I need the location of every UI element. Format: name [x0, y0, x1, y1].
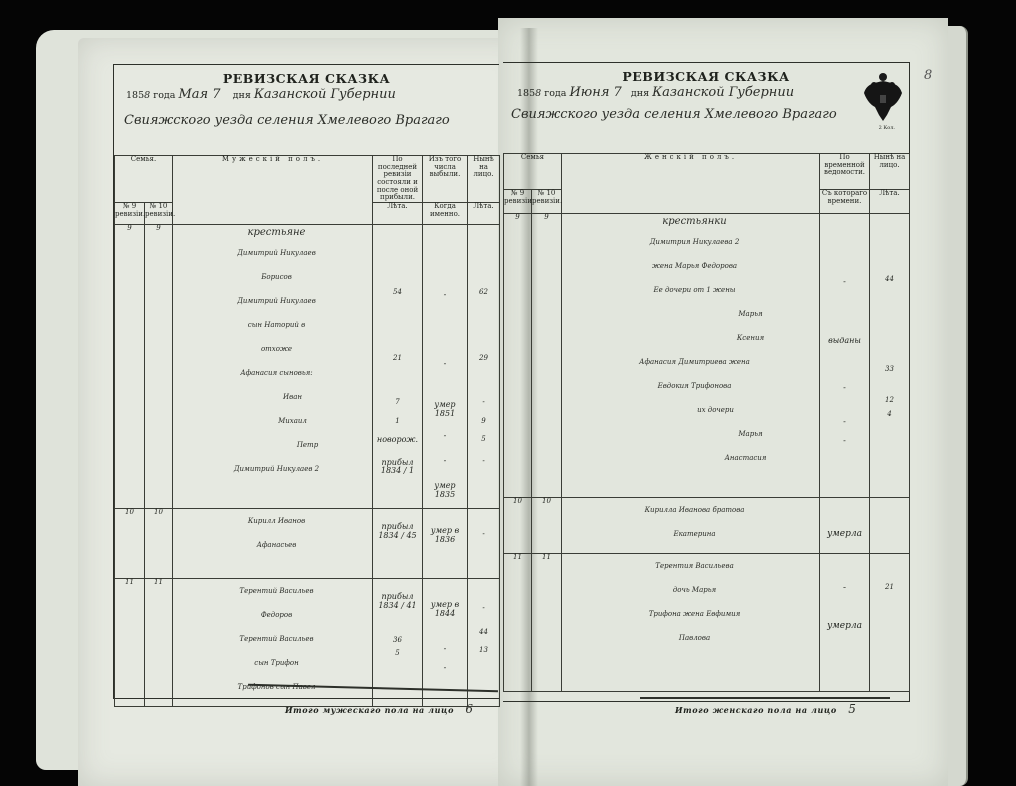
- form-header: РЕВИЗСКАЯ СКАЗКА 1858 года Мая 7 дня Каз…: [114, 65, 499, 155]
- female-total-label: Итого женскаго пола на лицо 5: [675, 702, 857, 716]
- col-male-sex: Мужескій полъ.: [173, 156, 373, 225]
- form-title: РЕВИЗСКАЯ СКАЗКА: [114, 71, 499, 86]
- district-line: Свияжского уезда селения Хмелевого Врага…: [511, 107, 837, 122]
- male-census-form: РЕВИЗСКАЯ СКАЗКА 1858 года Мая 7 дня Каз…: [113, 64, 499, 699]
- col-now: Нынѣ на лицо.: [468, 156, 500, 203]
- col-no10: № 10 ревизіи.: [145, 203, 173, 225]
- page-number-mark: 8: [924, 68, 932, 83]
- family-row: 10 10 Кирилл Иванов Афанасьев прибыл 183…: [115, 509, 500, 579]
- province-text: Казанской Губернии: [652, 85, 794, 100]
- form-header: РЕВИЗСКАЯ СКАЗКА 1858 года Июня 7 дня Ка…: [503, 63, 909, 153]
- date-line: 1858 года Июня 7 дня Казанской Губернии: [517, 85, 794, 100]
- family-row: 9 9 крестьянки Димитрия Никулаева 2 жена…: [504, 214, 910, 498]
- section-label: крестьяне: [173, 225, 372, 241]
- male-total-label: Итого мужескаго пола на лицо 6: [285, 702, 474, 716]
- page-edge: [948, 26, 968, 786]
- female-table: Семья Женскій полъ. По временной ведомос…: [503, 153, 910, 692]
- col-family: Семья: [504, 154, 562, 190]
- eagle-caption: 2 Кол.: [879, 125, 895, 131]
- family-row: 11 11 Терентий Васильев Федоров Терентий…: [115, 579, 500, 707]
- col-family: Семья.: [115, 156, 173, 203]
- female-census-form: РЕВИЗСКАЯ СКАЗКА 1858 года Июня 7 дня Ка…: [503, 62, 910, 702]
- family-row: 10 10 Кирилла Иванова братова Екатерина …: [504, 498, 910, 554]
- double-headed-eagle-icon: [861, 71, 905, 125]
- section-label: крестьянки: [562, 214, 819, 230]
- col-now: Нынѣ на лицо.: [870, 154, 910, 190]
- col-no9: № 9 ревизіи.: [115, 203, 145, 225]
- male-table: Семья. Мужескій полъ. По последней ревиз…: [114, 155, 500, 707]
- date-line: 1858 года Мая 7 дня Казанской Губернии: [126, 87, 396, 102]
- footer-rule: [640, 697, 890, 699]
- district-line: Свияжского уезда селения Хмелевого Врага…: [124, 113, 450, 128]
- province-text: Казанской Губернии: [254, 87, 396, 102]
- family-row: 9 9 крестьяне Димитрий Никулаев Борисов …: [115, 225, 500, 509]
- col-no9: № 9 ревизіи.: [504, 190, 532, 214]
- family-row: 11 11 Терентия Васильева дочь Марья Триф…: [504, 554, 910, 692]
- col-last-revision: По последней ревизіи состояли и после он…: [373, 156, 423, 203]
- col-no10: № 10 ревизіи.: [532, 190, 562, 214]
- male-total-value: 6: [465, 702, 473, 716]
- form-title: РЕВИЗСКАЯ СКАЗКА: [503, 69, 909, 84]
- col-departed: Изъ того числа выбыли.: [423, 156, 468, 203]
- col-since: По временной ведомости.: [820, 154, 870, 190]
- female-total-value: 5: [848, 702, 856, 716]
- col-female-sex: Женскій полъ.: [562, 154, 820, 214]
